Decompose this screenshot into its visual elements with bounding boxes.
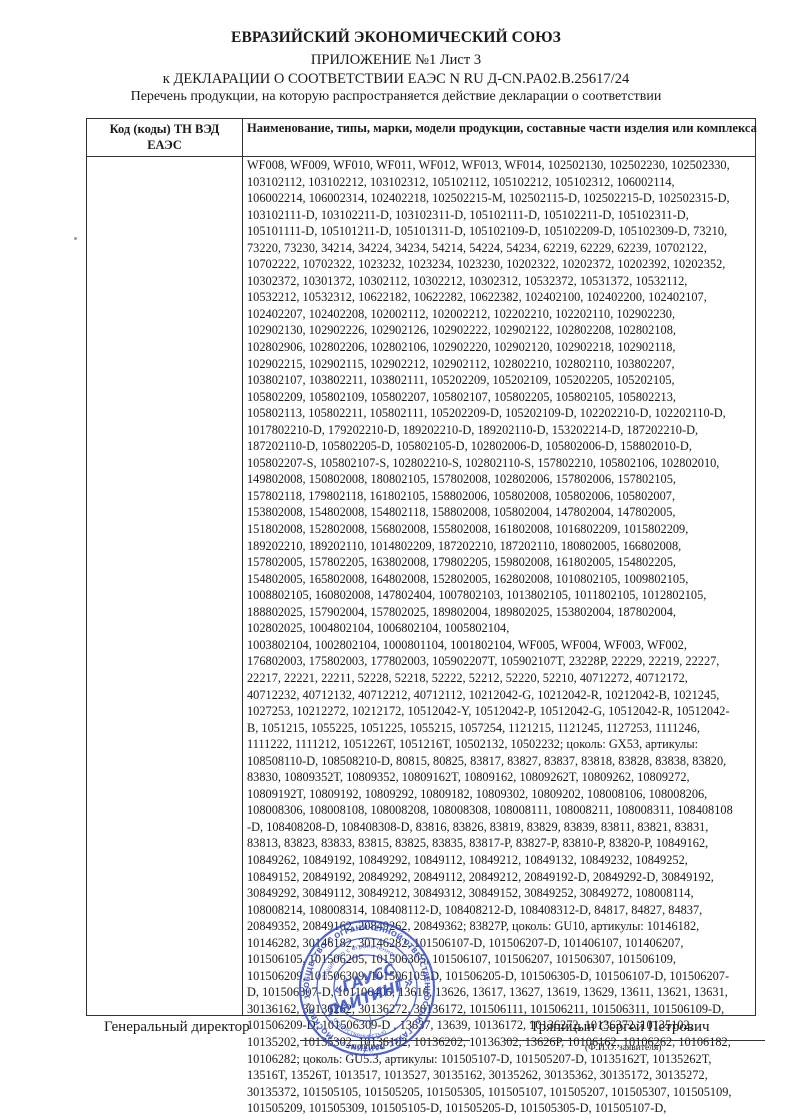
- product-list-line: 1008802105, 160802008, 147802404, 100780…: [247, 587, 755, 604]
- header-code-line1: Код (коды) ТН ВЭД: [110, 122, 220, 136]
- product-list-line: 153802008, 154802008, 154802118, 1588020…: [247, 504, 755, 521]
- name-caption: (Ф.И.О. заявителя): [585, 1043, 661, 1053]
- code-cell: [87, 157, 242, 1015]
- product-list-line: 149802008, 150802008, 180802105, 1578020…: [247, 471, 755, 488]
- product-list-line: 105101111-D, 105101211-D, 105101311-D, 1…: [247, 223, 755, 240]
- name-line: [505, 1040, 765, 1041]
- product-list-line: 103102111-D, 103102211-D, 103102311-D, 1…: [247, 207, 755, 224]
- product-list-line: 102902215, 102902115, 102902212, 1029021…: [247, 356, 755, 373]
- product-list-line: 22217, 22221, 22211, 52228, 52218, 52222…: [247, 670, 755, 687]
- product-list-line: 10809192T, 10809192, 10809292, 10809182,…: [247, 786, 755, 803]
- scan-speck: [74, 237, 77, 240]
- product-list-line: 105802207-S, 105802107-S, 102802210-S, 1…: [247, 455, 755, 472]
- product-list-line: 10302372, 10301372, 10302112, 10302212, …: [247, 273, 755, 290]
- header-code-column: Код (коды) ТН ВЭД ЕАЭС: [87, 121, 242, 153]
- product-list-line: 30849292, 30849112, 30849212, 30849312, …: [247, 885, 755, 902]
- product-list-line: 102802025, 1004802104, 1006802104, 10058…: [247, 620, 755, 637]
- product-list-line: WF008, WF009, WF010, WF011, WF012, WF013…: [247, 157, 755, 174]
- product-list-line: 30135372, 101505105, 101505205, 10150530…: [247, 1084, 755, 1101]
- product-list-line: 102902130, 102902226, 102902126, 1029022…: [247, 322, 755, 339]
- product-list-line: 105802113, 105802211, 105802111, 1052022…: [247, 405, 755, 422]
- product-list-line: 154802005, 165802008, 164802008, 1528020…: [247, 571, 755, 588]
- signatory-name: Тряпицын Сергей Петрович: [530, 1019, 710, 1036]
- product-list-line: -D, 108408208-D, 108408308-D, 83816, 838…: [247, 819, 755, 836]
- product-list-line: 151802008, 152802008, 156802008, 1558020…: [247, 521, 755, 538]
- product-list-line: 1003802104, 1002802104, 1000801104, 1001…: [247, 637, 755, 654]
- product-list-line: 1111222, 1111212, 1051226T, 1051216T, 10…: [247, 736, 755, 753]
- union-title: ЕВРАЗИЙСКИЙ ЭКОНОМИЧЕСКИЙ СОЮЗ: [0, 29, 792, 47]
- appendix-title: ПРИЛОЖЕНИЕ №1 Лист 3: [0, 52, 792, 69]
- product-list-line: 73220, 73230, 34214, 34224, 34234, 54214…: [247, 240, 755, 257]
- product-list-line: 108008214, 108008314, 108408112-D, 10840…: [247, 902, 755, 919]
- product-list-line: 101505209, 101505309, 101505105-D, 10150…: [247, 1100, 755, 1117]
- column-divider: [242, 119, 243, 1015]
- product-list-line: 10849152, 20849192, 20849292, 20849112, …: [247, 869, 755, 886]
- product-list-line: 103102112, 103102212, 103102312, 1051021…: [247, 174, 755, 191]
- product-list-line: 108008306, 108008108, 108008208, 1080083…: [247, 802, 755, 819]
- product-list-line: 157802005, 157802205, 163802008, 1798022…: [247, 554, 755, 571]
- product-list-line: 13516T, 13526T, 1013517, 1013527, 301351…: [247, 1067, 755, 1084]
- product-list-line: 108508110-D, 108508210-D, 80815, 80825, …: [247, 753, 755, 770]
- product-list-line: 102402207, 102402208, 102002112, 1020022…: [247, 306, 755, 323]
- product-list-line: 1017802210-D, 179202210-D, 189202210-D, …: [247, 422, 755, 439]
- product-list-line: B, 1051215, 1055225, 1051225, 1055215, 1…: [247, 720, 755, 737]
- product-list-line: 188802025, 157902004, 157802025, 1898020…: [247, 604, 755, 621]
- product-list-line: 1027253, 10212272, 10212172, 10512042-Y,…: [247, 703, 755, 720]
- header-code-line2: ЕАЭС: [147, 138, 182, 152]
- product-list-line: 105802209, 105802109, 105802207, 1058021…: [247, 389, 755, 406]
- product-list-line: 83830, 10809352T, 10809352, 10809162T, 1…: [247, 769, 755, 786]
- header-name-column: Наименование, типы, марки, модели продук…: [247, 121, 752, 136]
- signatory-role: Генеральный директор: [104, 1019, 250, 1036]
- product-table: Код (коды) ТН ВЭД ЕАЭС Наименование, тип…: [86, 118, 756, 1016]
- product-list-line: 10702222, 10702322, 1023232, 1023234, 10…: [247, 256, 755, 273]
- product-list-line: 187202110-D, 105802205-D, 105802105-D, 1…: [247, 438, 755, 455]
- product-list-line: 106002214, 106002314, 102402218, 1025022…: [247, 190, 755, 207]
- product-list-line: 157802118, 179802118, 161802105, 1588020…: [247, 488, 755, 505]
- product-list-line: 40712232, 40712132, 40712212, 40712112, …: [247, 687, 755, 704]
- product-list-line: 10849262, 10849192, 10849292, 10849112, …: [247, 852, 755, 869]
- product-list-line: 102802906, 102802206, 102802106, 1029022…: [247, 339, 755, 356]
- product-list-line: 83813, 83823, 83833, 83815, 83825, 83835…: [247, 835, 755, 852]
- declaration-number: к ДЕКЛАРАЦИИ О СООТВЕТСТВИИ ЕАЭС N RU Д-…: [0, 71, 792, 88]
- document-subtitle: Перечень продукции, на которую распростр…: [0, 89, 792, 105]
- product-list-line: 176802003, 175802003, 177802003, 1059022…: [247, 653, 755, 670]
- product-list-line: 189202210, 189202110, 1014802209, 187202…: [247, 538, 755, 555]
- company-seal-icon: ОБЩЕСТВО С ОГРАНИЧЕННОЙ ОТВЕТСТВЕННОСТЬЮ…: [297, 918, 437, 1058]
- product-list-line: 10532212, 10532312, 10622182, 10622282, …: [247, 289, 755, 306]
- product-list-line: 103802107, 103802211, 103802111, 1052022…: [247, 372, 755, 389]
